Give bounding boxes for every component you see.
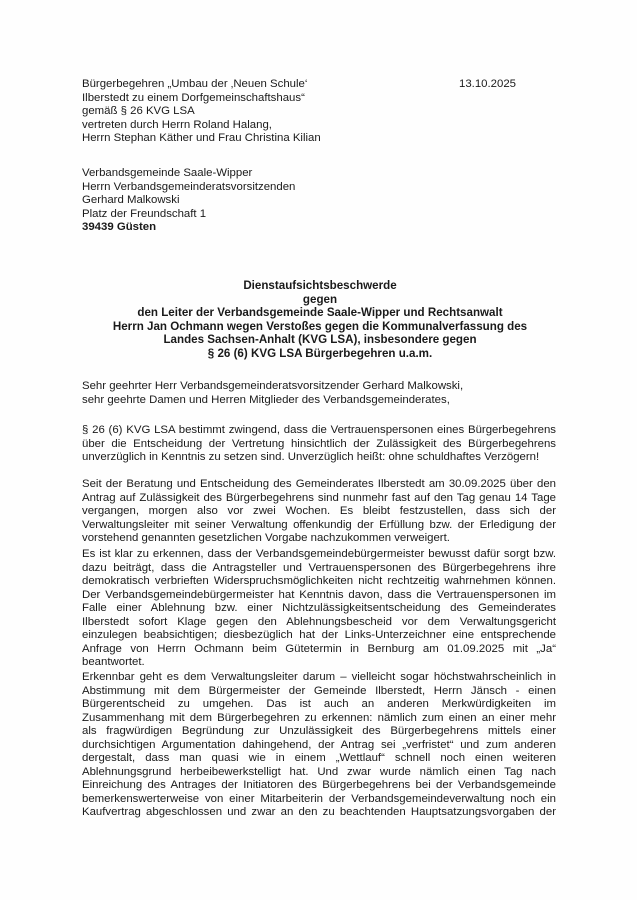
paragraph-line: § 26 (6) KVG LSA bestimmt zwingend, dass…: [82, 424, 556, 438]
paragraph-line: Anfrage von Herrn Ochmann beim Gütetermi…: [82, 643, 556, 657]
paragraph-line: Kaufvertrag abgeschlossen und zwar an de…: [82, 806, 556, 820]
paragraph-line: über die Entscheidung der Vertretung hin…: [82, 438, 556, 452]
paragraph-line: Der Verbandsgemeindebürgermeister hat Ke…: [82, 589, 556, 603]
paragraph-line: Zusammenhang mit dem Bürgerbegehren zu e…: [82, 712, 556, 726]
recipient-line: Verbandsgemeinde Saale-Wipper: [82, 167, 295, 181]
paragraph-line: Erkennbar geht es dem Verwaltungsleiter …: [82, 671, 556, 685]
paragraph-line: dazu beiträgt, dass die Antragsteller un…: [82, 562, 556, 576]
paragraph-3: Es ist klar zu erkennen, dass der Verban…: [82, 548, 556, 670]
paragraph-line: demokratisch verbrieften Widerspruchsmög…: [82, 575, 556, 589]
paragraph-line: vorstehend genannten gesetzlichen Vorgab…: [82, 532, 556, 546]
paragraph-line: bemerkenswerterweise von einer Mitarbeit…: [82, 793, 556, 807]
document-title: Dienstaufsichtsbeschwerde gegen den Leit…: [70, 279, 570, 360]
paragraph-line: Es ist klar zu erkennen, dass der Verban…: [82, 548, 556, 562]
title-line: Landes Sachsen-Anhalt (KVG LSA), insbeso…: [70, 333, 570, 347]
paragraph-line: einzulegen beabsichtigen; diesbezüglich …: [82, 629, 556, 643]
paragraph-line: unverzüglich in Kenntnis zu setzen sind.…: [82, 451, 556, 465]
salutation-line: sehr geehrte Damen und Herren Mitglieder…: [82, 394, 463, 408]
paragraph-line: als fragwürdigen Begründung zur Unzuläss…: [82, 725, 556, 739]
title-line: gegen: [70, 293, 570, 307]
paragraph-line: dergestalt, dass man quasi wie in einem …: [82, 752, 556, 766]
paragraph-1: § 26 (6) KVG LSA bestimmt zwingend, dass…: [82, 424, 556, 465]
title-line: Dienstaufsichtsbeschwerde: [70, 279, 570, 293]
letter-date: 13.10.2025: [459, 78, 516, 92]
document-page: Bürgerbegehren „Umbau der ‚Neuen Schule‘…: [0, 0, 637, 900]
recipient-city: 39439 Güsten: [82, 221, 295, 235]
salutation: Sehr geehrter Herr Verbandsgemeinderatsv…: [82, 380, 463, 407]
recipient-line: Herrn Verbandsgemeinderatsvorsitzenden: [82, 181, 295, 195]
paragraph-line: Verwaltungsleiter mit seiner Verwaltung …: [82, 519, 556, 533]
paragraph-line: Ilberstedt sofort Klage gegen den Ablehn…: [82, 616, 556, 630]
sender-line: Ilberstedt zu einem Dorfgemeinschaftshau…: [82, 92, 321, 106]
salutation-line: Sehr geehrter Herr Verbandsgemeinderatsv…: [82, 380, 463, 394]
paragraph-line: Abstimmung mit dem Bürgermeister der Gem…: [82, 685, 556, 699]
title-line: Herrn Jan Ochmann wegen Verstoßes gegen …: [70, 320, 570, 334]
sender-block: Bürgerbegehren „Umbau der ‚Neuen Schule‘…: [82, 78, 321, 146]
paragraph-line: vergangen, morgen also vor zwei Wochen. …: [82, 505, 556, 519]
paragraph-line: Einreichung des Antrages der Initiatoren…: [82, 779, 556, 793]
sender-line: gemäß § 26 KVG LSA: [82, 105, 321, 119]
paragraph-line: beantwortet.: [82, 656, 556, 670]
recipient-line: Platz der Freundschaft 1: [82, 208, 295, 222]
paragraph-line: Bürgerentscheid zu umgehen. Das ist auch…: [82, 698, 556, 712]
recipient-block: Verbandsgemeinde Saale-Wipper Herrn Verb…: [82, 167, 295, 235]
title-line: § 26 (6) KVG LSA Bürgerbegehren u.a.m.: [70, 347, 570, 361]
title-line: den Leiter der Verbandsgemeinde Saale-Wi…: [70, 306, 570, 320]
paragraph-2: Seit der Beratung und Entscheidung des G…: [82, 478, 556, 546]
sender-line: Herrn Stephan Käther und Frau Christina …: [82, 132, 321, 146]
paragraph-4: Erkennbar geht es dem Verwaltungsleiter …: [82, 671, 556, 820]
recipient-line: Gerhard Malkowski: [82, 194, 295, 208]
paragraph-line: Antrag auf Zulässigkeit des Bürgerbegehr…: [82, 492, 556, 506]
paragraph-line: Ablehnungsgrund herbeibewerkstelligt hat…: [82, 766, 556, 780]
sender-line: Bürgerbegehren „Umbau der ‚Neuen Schule‘: [82, 78, 321, 92]
sender-line: vertreten durch Herrn Roland Halang,: [82, 119, 321, 133]
paragraph-line: Falle einer Ablehnung bzw. einer Nichtzu…: [82, 602, 556, 616]
paragraph-line: Seit der Beratung und Entscheidung des G…: [82, 478, 556, 492]
paragraph-line: durchsichtigen Argumentation dahingehend…: [82, 739, 556, 753]
